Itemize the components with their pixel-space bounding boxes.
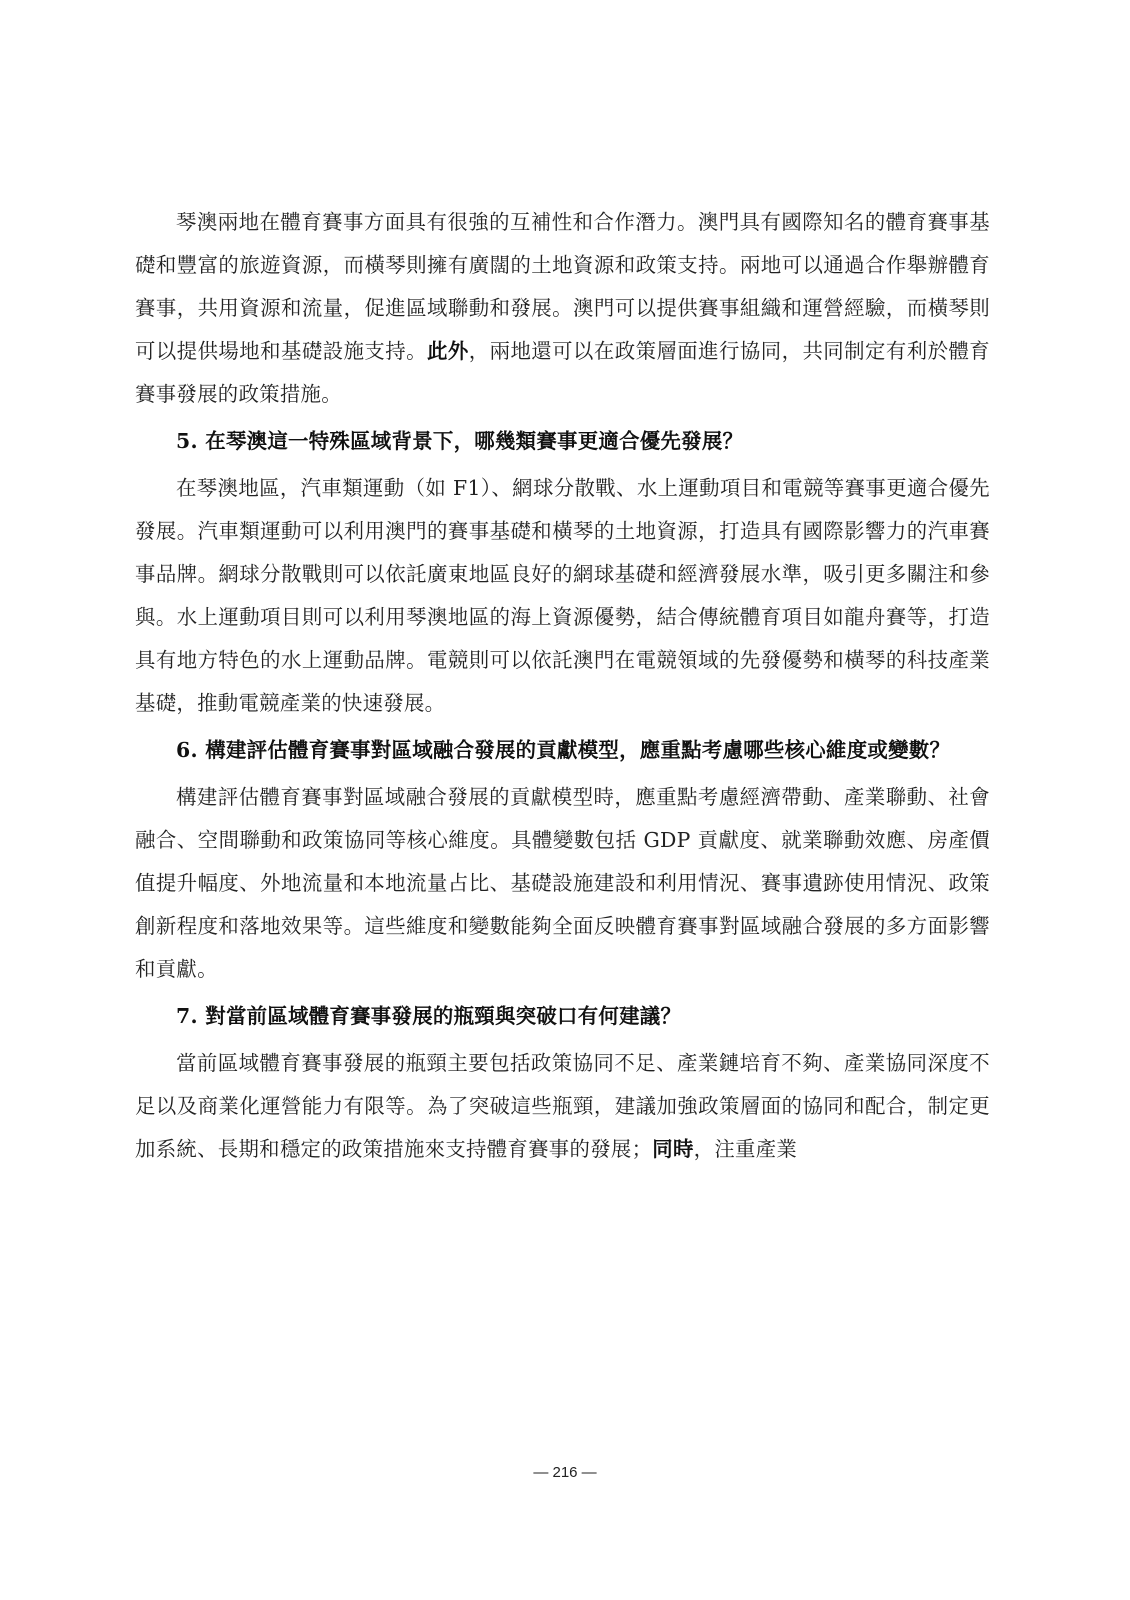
- bold-phrase: 同時: [652, 1137, 693, 1161]
- page-number: — 216 —: [0, 1464, 1130, 1481]
- document-page: 琴澳兩地在體育賽事方面具有很強的互補性和合作潛力。澳門具有國際知名的體育賽事基礎…: [135, 201, 990, 1171]
- body-paragraph-4: 當前區域體育賽事發展的瓶頸主要包括政策協同不足、產業鏈培育不夠、產業協同深度不足…: [135, 1042, 990, 1171]
- body-paragraph-1: 琴澳兩地在體育賽事方面具有很強的互補性和合作潛力。澳門具有國際知名的體育賽事基礎…: [135, 201, 990, 416]
- body-paragraph-3: 構建評估體育賽事對區域融合發展的貢獻模型時，應重點考慮經濟帶動、產業聯動、社會融…: [135, 776, 990, 991]
- question-heading-5: 5. 在琴澳這一特殊區域背景下，哪幾類賽事更適合優先發展？: [135, 420, 990, 463]
- question-heading-6: 6. 構建評估體育賽事對區域融合發展的貢獻模型，應重點考慮哪些核心維度或變數？: [135, 729, 990, 772]
- bold-phrase: 此外: [427, 339, 469, 363]
- question-heading-7: 7. 對當前區域體育賽事發展的瓶頸與突破口有何建議？: [135, 995, 990, 1038]
- body-paragraph-2: 在琴澳地區，汽車類運動（如 F1）、網球分散戰、水上運動項目和電競等賽事更適合優…: [135, 467, 990, 725]
